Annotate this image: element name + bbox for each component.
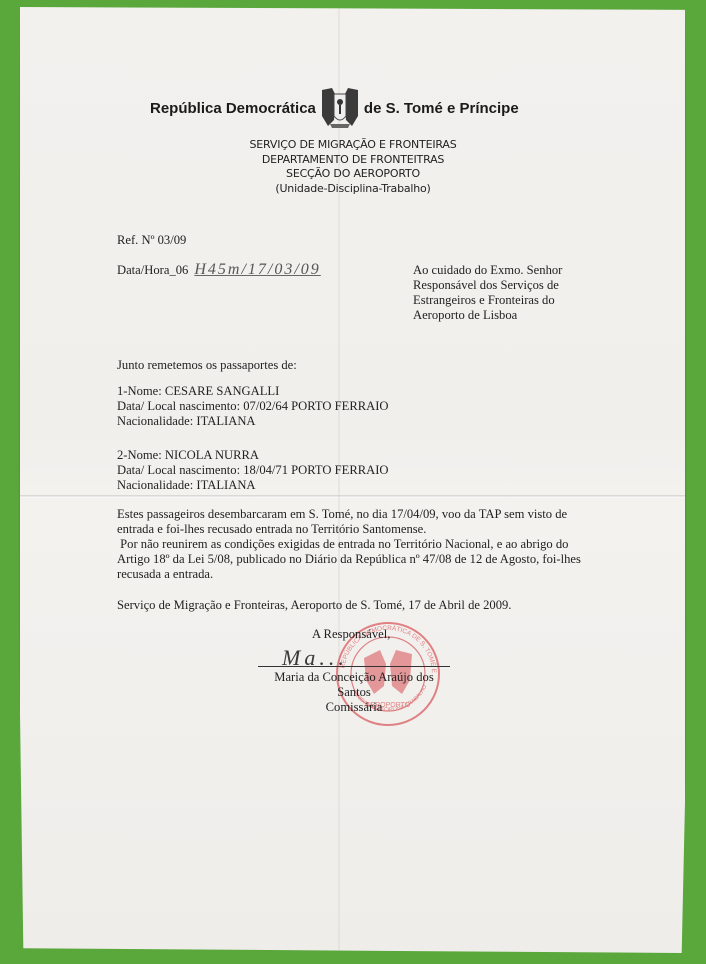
department-block: SERVIÇO DE MIGRAÇÃO E FRONTEIRAS DEPARTA…: [0, 138, 706, 196]
letterhead-right-title: de S. Tomé e Príncipe: [364, 100, 519, 117]
letterhead: República Democrática de S. Tomé e Prínc…: [150, 86, 519, 130]
department-line: SERVIÇO DE MIGRAÇÃO E FRONTEIRAS: [0, 138, 706, 153]
body-paragraph: Por não reunirem as condições exigidas d…: [117, 537, 592, 582]
passenger-entry: 2-Nome: NICOLA NURRA Data/ Local nascime…: [117, 448, 389, 493]
passenger-nationality: Nacionalidade: ITALIANA: [117, 414, 389, 429]
signer-title: Comissária: [258, 700, 450, 715]
signature-line: [258, 666, 450, 667]
addressee-line: Ao cuidado do Exmo. Senhor: [413, 263, 613, 278]
date-time-field: Data/Hora_06 H45m/17/03/09: [117, 262, 321, 278]
department-line: DEPARTAMENTO DE FRONTEITRAS: [0, 153, 706, 168]
passenger-nationality: Nacionalidade: ITALIANA: [117, 478, 389, 493]
letterhead-left-title: República Democrática: [150, 100, 316, 117]
passenger-entry: 1-Nome: CESARE SANGALLI Data/ Local nasc…: [117, 384, 389, 429]
intro-text: Junto remetemos os passaportes de:: [117, 358, 297, 373]
responsible-label: A Responsável,: [312, 627, 390, 642]
department-motto: (Unidade-Disciplina-Trabalho): [0, 182, 706, 197]
place-and-date: Serviço de Migração e Fronteiras, Aeropo…: [117, 598, 511, 613]
passenger-name: 1-Nome: CESARE SANGALLI: [117, 384, 389, 399]
passenger-name: 2-Nome: NICOLA NURRA: [117, 448, 389, 463]
passenger-birth: Data/ Local nascimento: 18/04/71 PORTO F…: [117, 463, 389, 478]
coat-of-arms-icon: [320, 86, 360, 130]
addressee-line: Estrangeiros e Fronteiras do: [413, 293, 613, 308]
addressee-block: Ao cuidado do Exmo. Senhor Responsável d…: [413, 263, 613, 323]
reference-number: Ref. Nº 03/09: [117, 233, 186, 248]
paper-fold-horizontal: [20, 495, 685, 498]
department-line: SECÇÃO DO AEROPORTO: [0, 167, 706, 182]
signer-block: Maria da Conceição Araújo dos Santos Com…: [258, 670, 450, 715]
passenger-birth: Data/ Local nascimento: 07/02/64 PORTO F…: [117, 399, 389, 414]
date-time-label: Data/Hora_06: [117, 263, 188, 278]
addressee-line: Aeroporto de Lisboa: [413, 308, 613, 323]
body-paragraph: Estes passageiros desembarcaram em S. To…: [117, 507, 592, 537]
addressee-line: Responsável dos Serviços de: [413, 278, 613, 293]
date-time-handwritten: H45m/17/03/09: [194, 262, 320, 277]
handwritten-signature: Ma...: [282, 645, 348, 671]
body-text: Estes passageiros desembarcaram em S. To…: [117, 507, 592, 582]
signer-name: Maria da Conceição Araújo dos Santos: [258, 670, 450, 700]
